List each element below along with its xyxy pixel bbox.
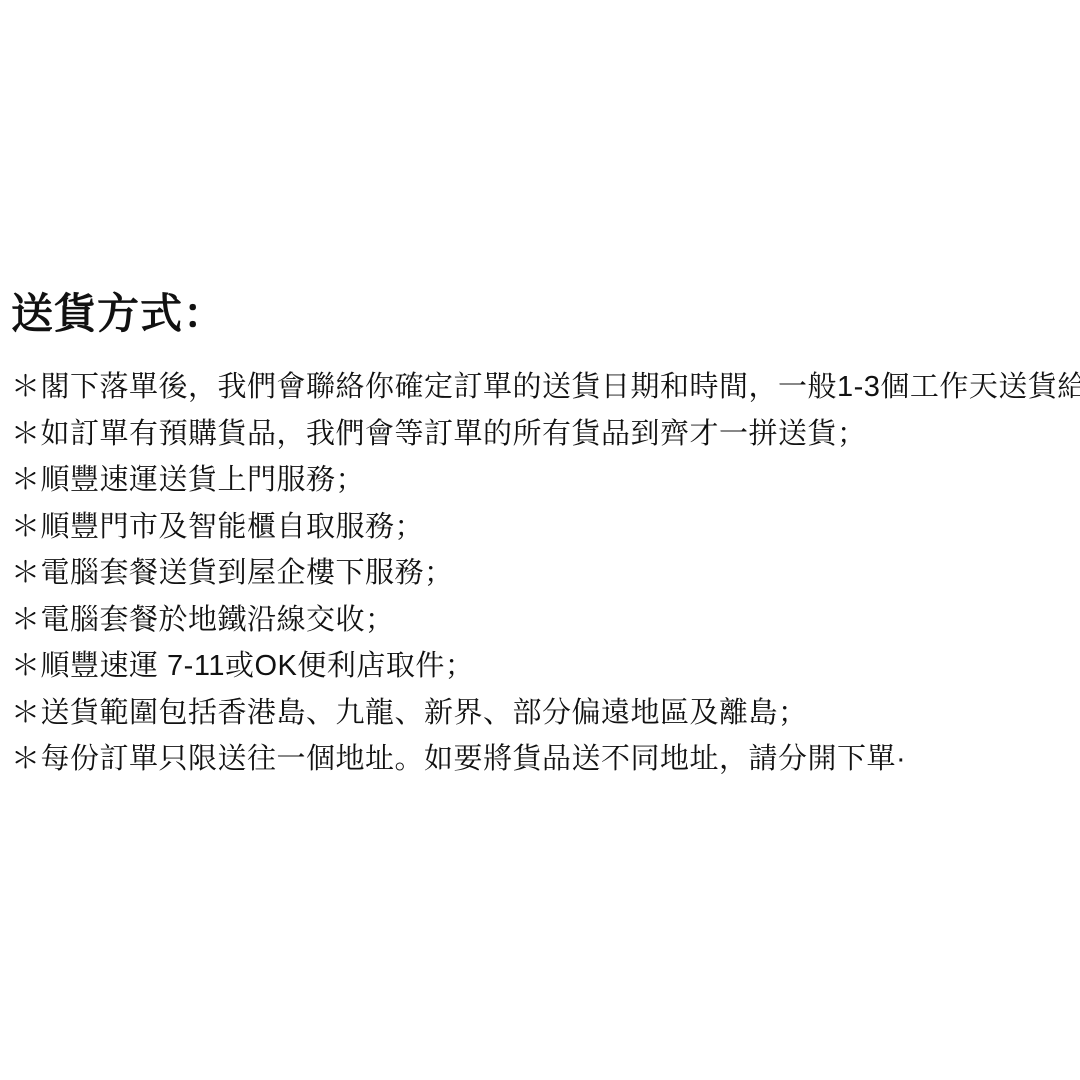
delivery-note-line-7: ＊順豐速運 7-11或OK便利店取件； <box>11 643 1072 690</box>
delivery-note-line-5: ＊電腦套餐送貨到屋企樓下服務； <box>11 550 1072 597</box>
delivery-info-document: 送貨方式： ＊閣下落單後，我們會聯絡你確定訂單的送貨日期和時間，一般1-3個工作… <box>11 288 1072 783</box>
delivery-note-line-4: ＊順豐門市及智能櫃自取服務； <box>11 504 1072 551</box>
delivery-note-line-2: ＊如訂單有預購貨品，我們會等訂單的所有貨品到齊才一拼送貨； <box>11 411 1072 458</box>
page-title: 送貨方式： <box>11 288 1072 340</box>
delivery-note-line-8: ＊送貨範圍包括香港島、九龍、新界、部分偏遠地區及離島； <box>11 690 1072 737</box>
delivery-info-image: 送貨方式： ＊閣下落單後，我們會聯絡你確定訂單的送貨日期和時間，一般1-3個工作… <box>0 0 1080 1080</box>
delivery-note-line-9: ＊每份訂單只限送往一個地址。如要將貨品送不同地址，請分開下單· <box>11 736 1072 783</box>
delivery-note-line-3: ＊順豐速運送貨上門服務； <box>11 457 1072 504</box>
delivery-note-line-1: ＊閣下落單後，我們會聯絡你確定訂單的送貨日期和時間，一般1-3個工作天送貨給你； <box>11 364 1072 411</box>
delivery-note-line-6: ＊電腦套餐於地鐵沿線交收； <box>11 597 1072 644</box>
